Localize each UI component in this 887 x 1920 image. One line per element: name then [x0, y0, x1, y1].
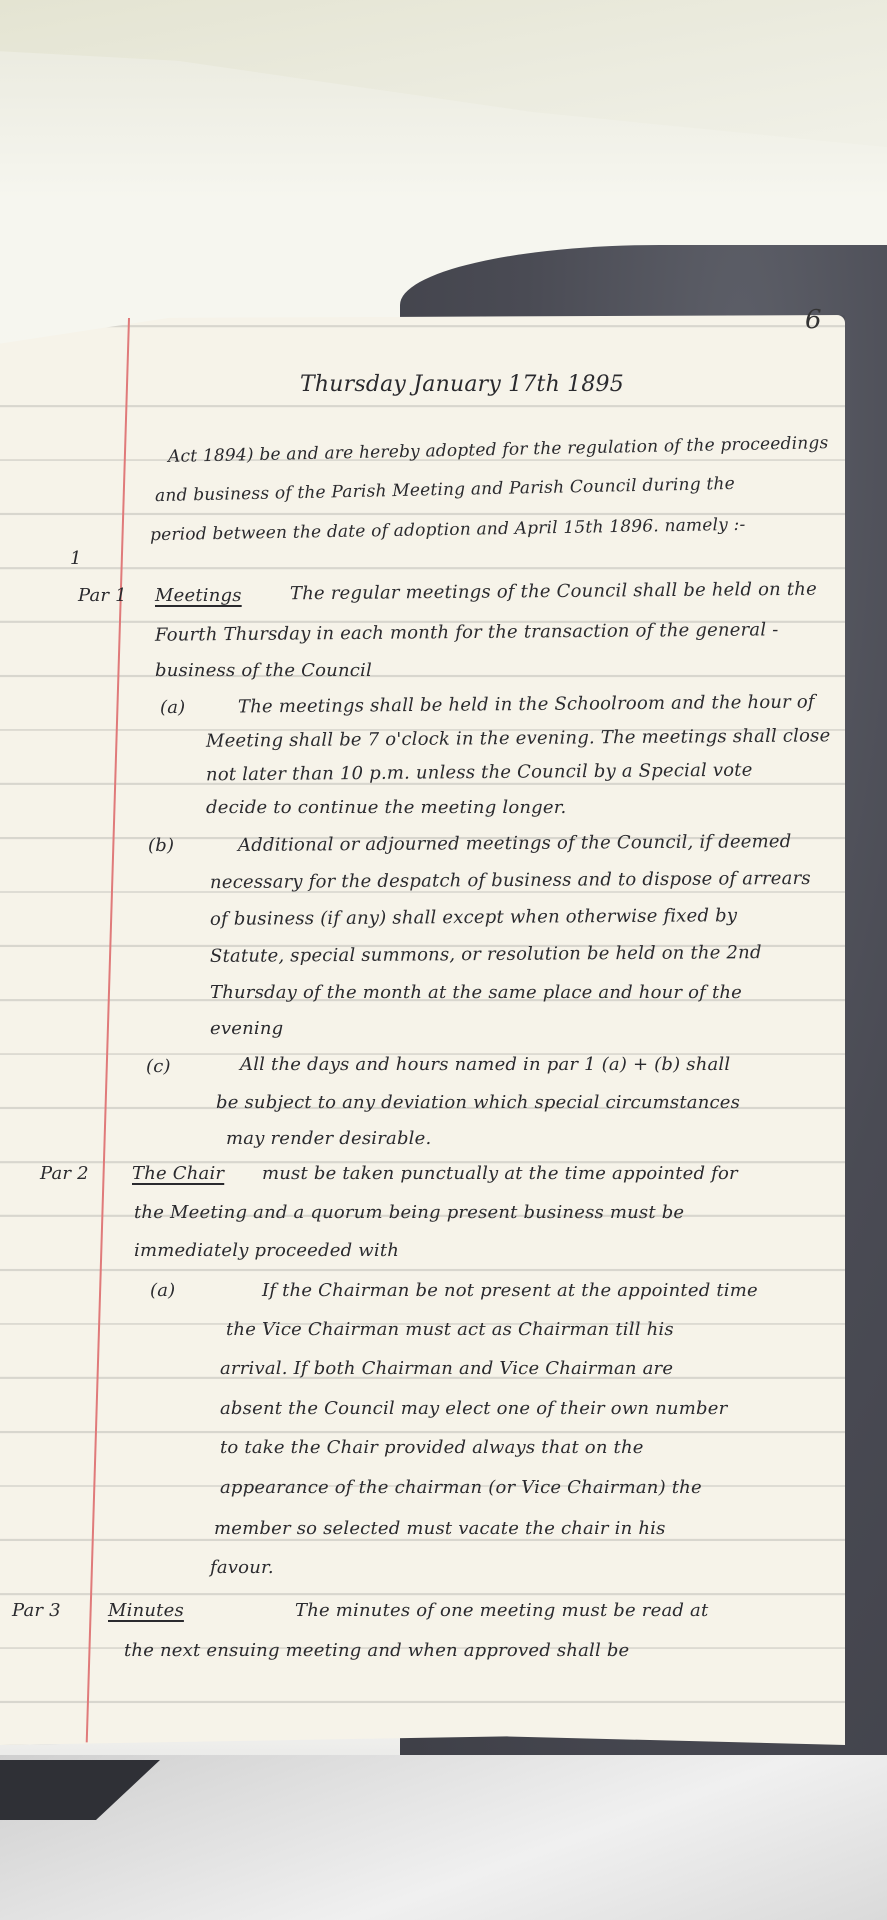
subclause-marker: (a): [160, 697, 185, 718]
subclause-line: favour.: [210, 1557, 274, 1578]
page-heading: Thursday January 17th 1895: [300, 372, 624, 397]
subclause-line: absent the Council may elect one of thei…: [220, 1398, 727, 1419]
item-marker: 1: [70, 548, 82, 569]
paragraph-line: immediately proceeded with: [134, 1240, 399, 1261]
subclause-line: of business (if any) shall except when o…: [210, 905, 737, 930]
paragraph-label: Par 3: [12, 1600, 61, 1621]
paragraph-line: the Meeting and a quorum being present b…: [134, 1202, 684, 1223]
page-number: 6: [805, 305, 822, 335]
subclause-line: decide to continue the meeting longer.: [206, 797, 566, 818]
subclause-line: evening: [210, 1018, 283, 1039]
paragraph-title: Meetings: [155, 585, 242, 606]
subclause-line: If the Chairman be not present at the ap…: [262, 1280, 758, 1301]
paragraph-label: Par 1: [78, 585, 127, 606]
paragraph-label: Par 2: [40, 1163, 89, 1184]
subclause-line: the Vice Chairman must act as Chairman t…: [226, 1319, 674, 1340]
subclause-line: All the days and hours named in par 1 (a…: [240, 1054, 730, 1075]
background-surface: [0, 0, 887, 160]
paragraph-line: the next ensuing meeting and when approv…: [124, 1640, 629, 1661]
subclause-line: appearance of the chairman (or Vice Chai…: [220, 1477, 702, 1498]
subclause-line: arrival. If both Chairman and Vice Chair…: [220, 1358, 673, 1379]
paragraph-line: must be taken punctually at the time app…: [262, 1163, 738, 1184]
subclause-marker: (c): [146, 1056, 171, 1077]
subclause-line: member so selected must vacate the chair…: [214, 1518, 666, 1539]
paragraph-title: The Chair: [132, 1163, 224, 1184]
subclause-marker: (b): [148, 835, 174, 856]
paragraph-line: business of the Council: [155, 660, 372, 681]
subclause-line: may render desirable.: [226, 1128, 431, 1149]
paragraph-line: The minutes of one meeting must be read …: [295, 1600, 708, 1621]
subclause-line: necessary for the despatch of business a…: [210, 868, 811, 893]
paragraph-title: Minutes: [108, 1600, 184, 1621]
subclause-marker: (a): [150, 1280, 175, 1301]
subclause-line: be subject to any deviation which specia…: [216, 1092, 740, 1113]
subclause-line: Additional or adjourned meetings of the …: [238, 831, 792, 856]
subclause-line: Thursday of the month at the same place …: [210, 982, 742, 1003]
subclause-line: Statute, special summons, or resolution …: [210, 942, 762, 967]
subclause-line: to take the Chair provided always that o…: [220, 1437, 644, 1458]
